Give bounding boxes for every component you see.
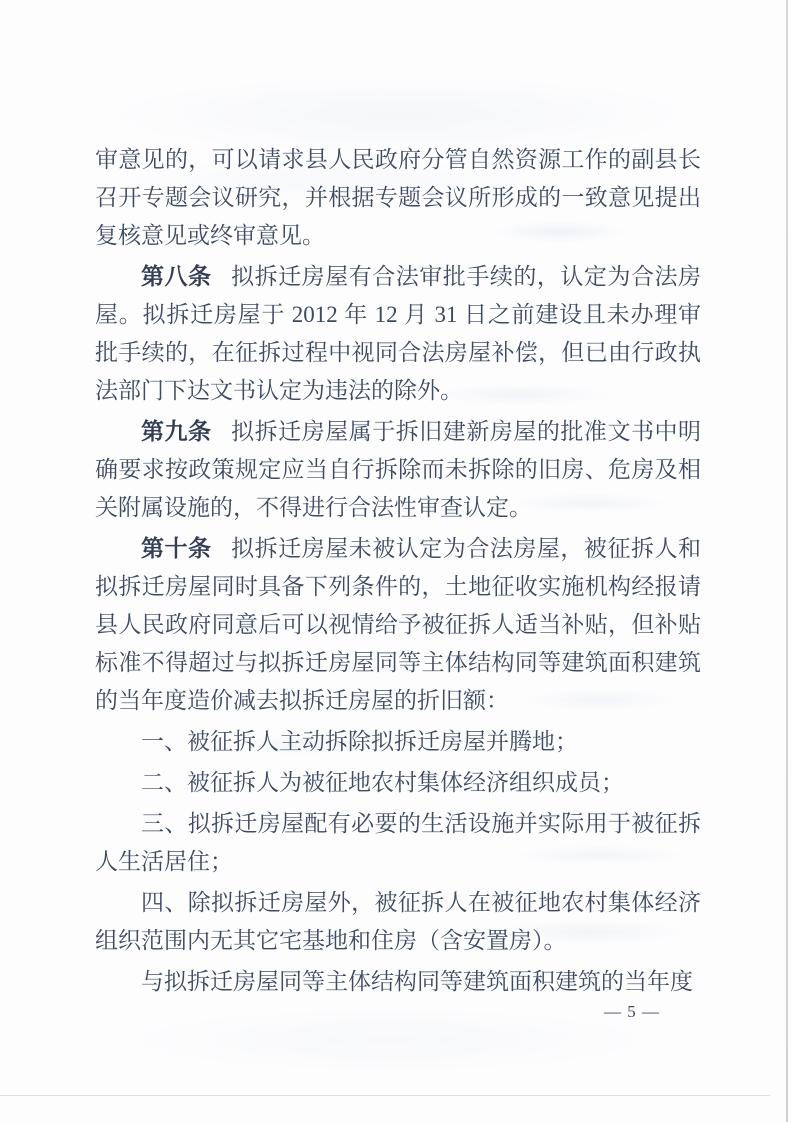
article-number-heading: 第八条 (141, 264, 212, 289)
paragraph: 与拟拆迁房屋同等主体结构同等建筑面积建筑的当年度 (95, 963, 701, 1001)
paragraph-text: 拟拆迁房屋未被认定为合法房屋，被征拆人和拟拆迁房屋同时具备下列条件的，土地征收实… (95, 536, 701, 713)
paragraph-text: 四、除拟拆迁房屋外，被征拆人在被征地农村集体经济组织范围内无其它宅基地和住房（含… (95, 890, 701, 953)
page-bottom-crease-line (0, 1095, 770, 1096)
article-number-heading: 第九条 (141, 419, 212, 444)
scanned-document-page: 审意见的，可以请求县人民政府分管自然资源工作的副县长召开专题会议研究，并根据专题… (0, 0, 793, 1122)
paragraph: 一、被征拆人主动拆除拟拆迁房屋并腾地； (95, 723, 701, 761)
paragraph: 四、除拟拆迁房屋外，被征拆人在被征地农村集体经济组织范围内无其它宅基地和住房（含… (95, 884, 701, 960)
article-number-heading: 第十条 (141, 536, 212, 561)
page-edge-scan-line (786, 0, 788, 1122)
paragraph: 三、拟拆迁房屋配有必要的生活设施并实际用于被征拆人生活居住； (95, 805, 701, 881)
paragraph: 审意见的，可以请求县人民政府分管自然资源工作的副县长召开专题会议研究，并根据专题… (95, 141, 701, 255)
paragraph: 二、被征拆人为被征地农村集体经济组织成员； (95, 764, 701, 802)
paragraph-text: 三、拟拆迁房屋配有必要的生活设施并实际用于被征拆人生活居住； (95, 811, 701, 874)
paragraph: 第九条拟拆迁房屋属于拆旧建新房屋的批准文书中明确要求按政策规定应当自行拆除而未拆… (95, 413, 701, 527)
paragraph-text: 二、被征拆人为被征地农村集体经济组织成员； (141, 770, 624, 795)
paragraph: 第八条拟拆迁房屋有合法审批手续的，认定为合法房屋。拟拆迁房屋于 2012 年 1… (95, 258, 701, 410)
paragraph: 第十条拟拆迁房屋未被认定为合法房屋，被征拆人和拟拆迁房屋同时具备下列条件的，土地… (95, 530, 701, 720)
paragraph-text: 审意见的，可以请求县人民政府分管自然资源工作的副县长召开专题会议研究，并根据专题… (95, 147, 701, 248)
paragraph-text: 一、被征拆人主动拆除拟拆迁房屋并腾地； (141, 729, 578, 754)
document-body: 审意见的，可以请求县人民政府分管自然资源工作的副县长召开专题会议研究，并根据专题… (95, 141, 701, 1004)
paragraph-text: 与拟拆迁房屋同等主体结构同等建筑面积建筑的当年度 (141, 969, 693, 994)
page-number: — 5 — (604, 1002, 660, 1022)
